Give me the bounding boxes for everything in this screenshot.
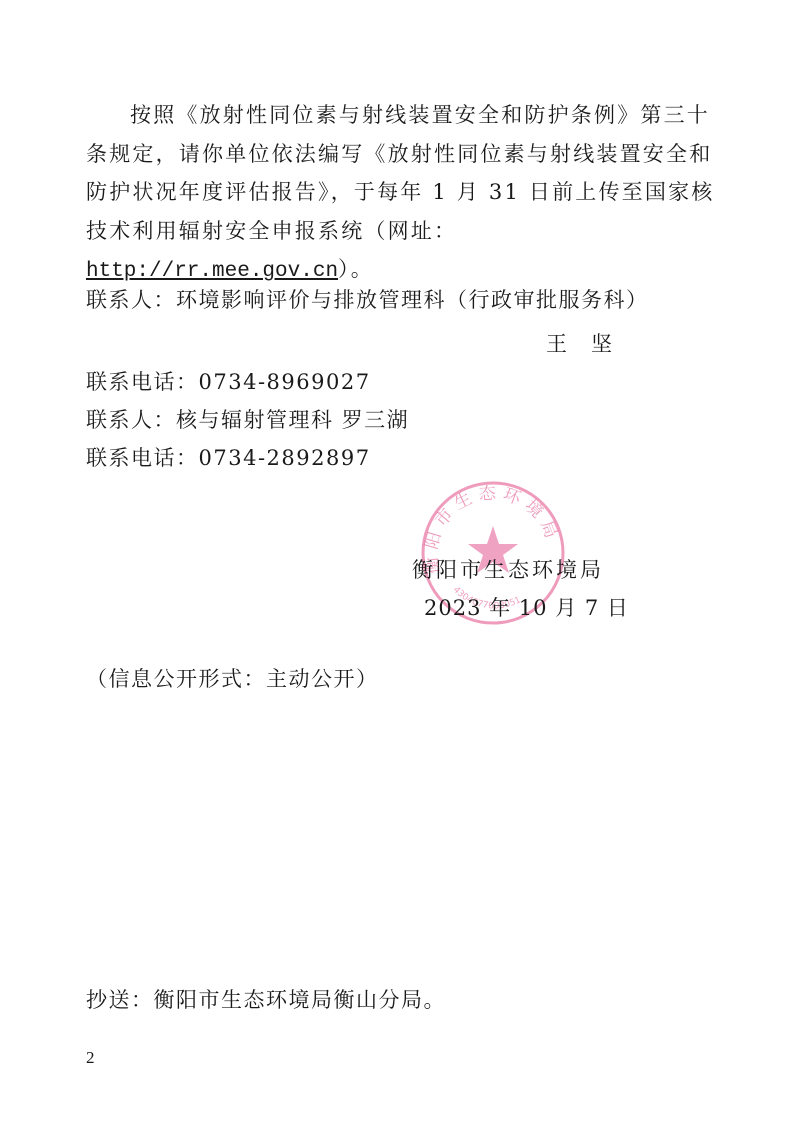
signing-organization: 衡阳市生态环境局 (412, 556, 604, 584)
body-text-end: ）。 (338, 257, 374, 281)
signing-date: 2023 年 10 月 7 日 (424, 594, 629, 622)
contact-1-phone: 联系电话：0734-8969027 (86, 368, 371, 396)
report-system-link[interactable]: http://rr.mee.gov.cn (86, 260, 338, 283)
disclosure-note: （信息公开形式：主动公开） (86, 665, 379, 693)
contact-2-label: 联系人：核与辐射管理科 罗三湖 (86, 406, 409, 434)
cc-line: 抄送：衡阳市生态环境局衡山分局。 (86, 986, 446, 1014)
contact-2-phone: 联系电话：0734-2892897 (86, 444, 371, 472)
body-text: 按照《放射性同位素与射线装置安全和防护条例》第三十条规定，请你单位依法编写《放射… (86, 103, 714, 243)
page-number: 2 (86, 1048, 95, 1068)
contact-1-name: 王 坚 (546, 330, 614, 358)
body-paragraph: 按照《放射性同位素与射线装置安全和防护条例》第三十条规定，请你单位依法编写《放射… (86, 96, 716, 292)
contact-1-label: 联系人：环境影响评价与排放管理科（行政审批服务科） (86, 286, 649, 314)
